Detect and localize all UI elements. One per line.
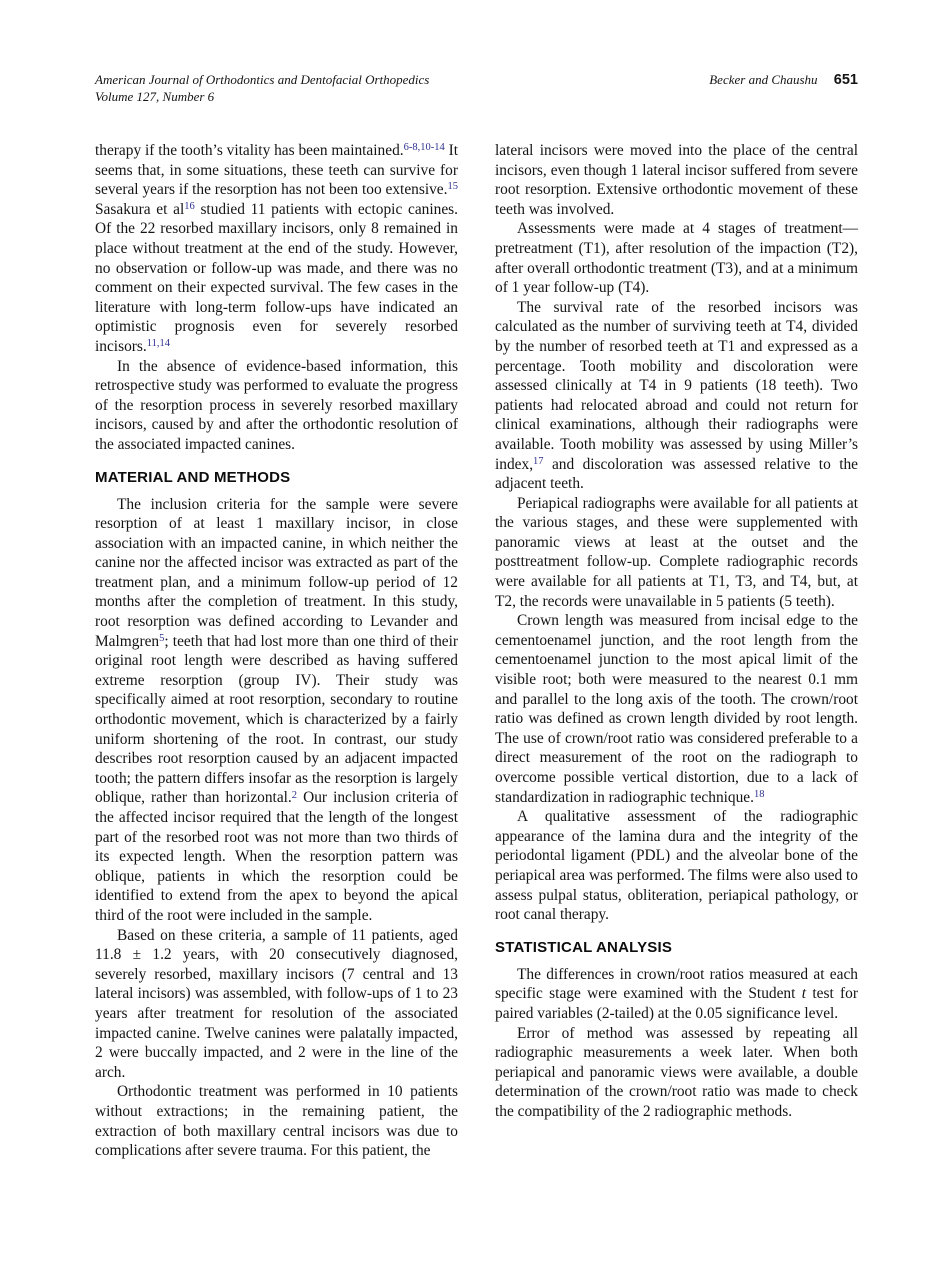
paragraph: The differences in crown/root ratios mea…	[495, 965, 858, 1024]
paragraph: The survival rate of the resorbed inciso…	[495, 298, 858, 494]
paragraph: Based on these criteria, a sample of 11 …	[95, 926, 458, 1083]
italic-text: t	[802, 985, 806, 1002]
paragraph: lateral incisors were moved into the pla…	[495, 141, 858, 219]
paragraph: Error of method was assessed by repeatin…	[495, 1024, 858, 1122]
paragraph: Assessments were made at 4 stages of tre…	[495, 219, 858, 297]
paragraph: therapy if the tooth’s vitality has been…	[95, 141, 458, 357]
right-column: lateral incisors were moved into the pla…	[495, 141, 858, 1161]
paragraph: In the absence of evidence-based informa…	[95, 357, 458, 455]
running-head: Becker and Chaushu 651	[709, 71, 858, 89]
journal-info: American Journal of Orthodontics and Den…	[95, 71, 429, 105]
reference-link[interactable]: 18	[754, 789, 765, 800]
article-body: therapy if the tooth’s vitality has been…	[95, 141, 858, 1161]
reference-link[interactable]: 16	[184, 201, 195, 212]
reference-link[interactable]: 6-8,10-14	[404, 142, 445, 153]
reference-link[interactable]: 2	[292, 790, 297, 801]
left-column: therapy if the tooth’s vitality has been…	[95, 141, 458, 1161]
paragraph: Orthodontic treatment was performed in 1…	[95, 1082, 458, 1160]
running-authors: Becker and Chaushu	[709, 72, 817, 87]
section-heading: STATISTICAL ANALYSIS	[495, 939, 858, 956]
paragraph: Crown length was measured from incisal e…	[495, 611, 858, 807]
page-number: 651	[834, 72, 858, 88]
paragraph: The inclusion criteria for the sample we…	[95, 495, 458, 926]
reference-link[interactable]: 15	[448, 181, 459, 192]
journal-volume-line: Volume 127, Number 6	[95, 88, 429, 105]
reference-link[interactable]: 17	[533, 456, 544, 467]
reference-link[interactable]: 11,14	[147, 338, 170, 349]
page-header: American Journal of Orthodontics and Den…	[95, 71, 858, 105]
reference-link[interactable]: 5	[159, 633, 164, 644]
journal-page: American Journal of Orthodontics and Den…	[0, 0, 950, 1272]
journal-title: American Journal of Orthodontics and Den…	[95, 71, 429, 88]
paragraph: A qualitative assessment of the radiogra…	[495, 807, 858, 925]
paragraph: Periapical radiographs were available fo…	[495, 494, 858, 612]
section-heading: MATERIAL AND METHODS	[95, 469, 458, 486]
